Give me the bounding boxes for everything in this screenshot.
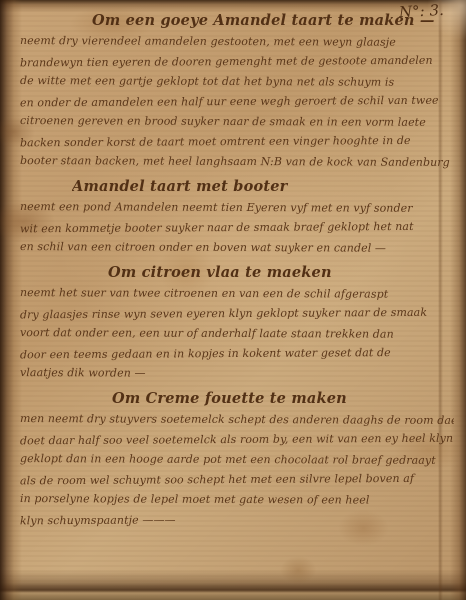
recipe-line: en onder de amandelen een half uur eene … <box>20 91 454 114</box>
recipe-line: doet daar half soo veel soetemelck als r… <box>20 429 454 452</box>
recipe-line: klyn schuymspaantje ——— <box>20 509 454 532</box>
recipe-line: neemt dry vierendeel amandelen gestooten… <box>20 31 454 53</box>
recipe-line: de witte met een gartje geklopt tot dat … <box>20 71 454 93</box>
recipe-line: als de room wel schuymt soo schept het m… <box>20 469 454 492</box>
recipe-title: Amandel taart met booter <box>72 178 454 195</box>
recipe-line: backen sonder korst de taart moet omtren… <box>20 131 454 154</box>
manuscript-page: N°: 3. Om een goeye Amandel taart te mak… <box>0 0 466 600</box>
recipe-line: door een teems gedaan en in kopjes in ko… <box>20 343 454 366</box>
manuscript-content: Om een goeye Amandel taart te maken — ne… <box>20 6 454 530</box>
recipe-line: vlaatjes dik worden — <box>20 363 454 385</box>
recipe-title: Om Creme fouette te maken <box>112 390 454 407</box>
recipe-line: in porselyne kopjes de lepel moet met ga… <box>20 489 454 511</box>
recipe-line: citroenen gereven en brood suyker naar d… <box>20 111 454 133</box>
recipe-line: voort dat onder een, een uur of anderhal… <box>20 323 454 345</box>
recipe-line: en schil van een citroen onder en boven … <box>20 237 454 259</box>
recipe-line: neemt het suer van twee citroenen en van… <box>20 283 454 305</box>
recipe-almond-tart-butter: Amandel taart met booter neemt een pond … <box>20 178 454 258</box>
recipe-lemon-vlaa: Om citroen vlaa te maeken neemt het suer… <box>20 264 454 384</box>
recipe-line: dry glaasjes rinse wyn seven eyeren klyn… <box>20 303 454 326</box>
recipe-creme-fouette: Om Creme fouette te maken men neemt dry … <box>20 390 454 530</box>
recipe-line: brandewyn tien eyeren de dooren gemenght… <box>20 51 454 74</box>
recipe-title: Om een goeye Amandel taart te maken — <box>92 12 454 29</box>
recipe-title: Om citroen vlaa te maeken <box>108 264 454 281</box>
recipe-line: neemt een pond Amandelen neemt tien Eyer… <box>20 197 454 219</box>
recipe-almond-tart: Om een goeye Amandel taart te maken — ne… <box>20 12 454 172</box>
recipe-line: geklopt dan in een hooge aarde pot met e… <box>20 449 454 471</box>
recipe-line: wit een kommetje booter suyker naar de s… <box>20 217 454 240</box>
recipe-line: booter staan backen, met heel langhsaam … <box>20 151 454 173</box>
recipe-line: men neemt dry stuyvers soetemelck schept… <box>20 409 454 431</box>
